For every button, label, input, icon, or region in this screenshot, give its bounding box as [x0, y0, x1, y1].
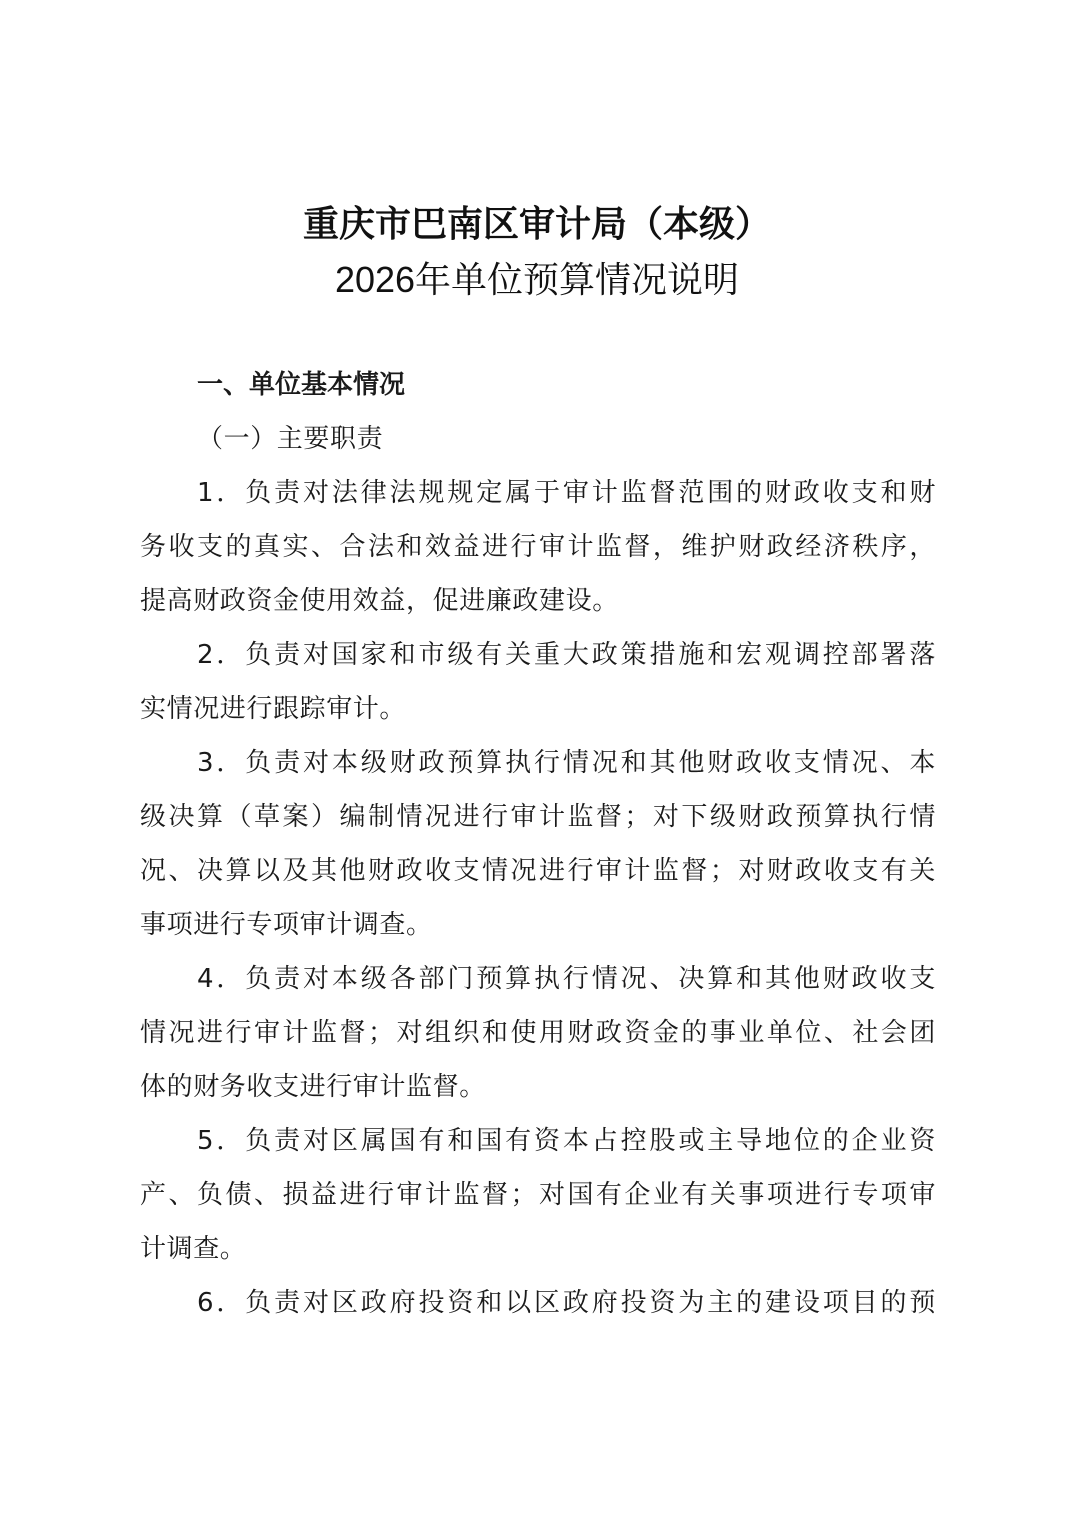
paragraph-line: 情况进行审计监督；对组织和使用财政资金的事业单位、社会团 — [140, 1018, 936, 1048]
paragraph-line: 级决算（草案）编制情况进行审计监督；对下级财政预算执行情 — [140, 802, 936, 832]
paragraph-line: 3．负责对本级财政预算执行情况和其他财政收支情况、本 — [197, 748, 936, 778]
paragraph-line: 1．负责对法律法规规定属于审计监督范围的财政收支和财 — [197, 478, 936, 508]
paragraph-line: 体的财务收支进行审计监督。 — [140, 1072, 940, 1102]
subsection-heading: （一）主要职责 — [197, 424, 997, 454]
paragraph-line: 况、决算以及其他财政收支情况进行审计监督；对财政收支有关 — [140, 856, 936, 886]
document-title-line-1: 重庆市巴南区审计局（本级） — [0, 196, 1074, 247]
paragraph-line: 提高财政资金使用效益，促进廉政建设。 — [140, 586, 940, 616]
paragraph-line: 6．负责对区政府投资和以区政府投资为主的建设项目的预 — [197, 1288, 936, 1318]
paragraph-line: 5．负责对区属国有和国有资本占控股或主导地位的企业资 — [197, 1126, 936, 1156]
paragraph-line: 2．负责对国家和市级有关重大政策措施和宏观调控部署落 — [197, 640, 936, 670]
section-heading: 一、单位基本情况 — [197, 370, 997, 400]
paragraph-line: 实情况进行跟踪审计。 — [140, 694, 940, 724]
paragraph-line: 4．负责对本级各部门预算执行情况、决算和其他财政收支 — [197, 964, 936, 994]
document-title-line-2: 2026年单位预算情况说明 — [0, 252, 1074, 303]
paragraph-line: 计调查。 — [140, 1234, 940, 1264]
paragraph-line: 事项进行专项审计调查。 — [140, 910, 940, 940]
paragraph-line: 务收支的真实、合法和效益进行审计监督，维护财政经济秩序， — [140, 532, 936, 562]
paragraph-line: 产、负债、损益进行审计监督；对国有企业有关事项进行专项审 — [140, 1180, 936, 1210]
